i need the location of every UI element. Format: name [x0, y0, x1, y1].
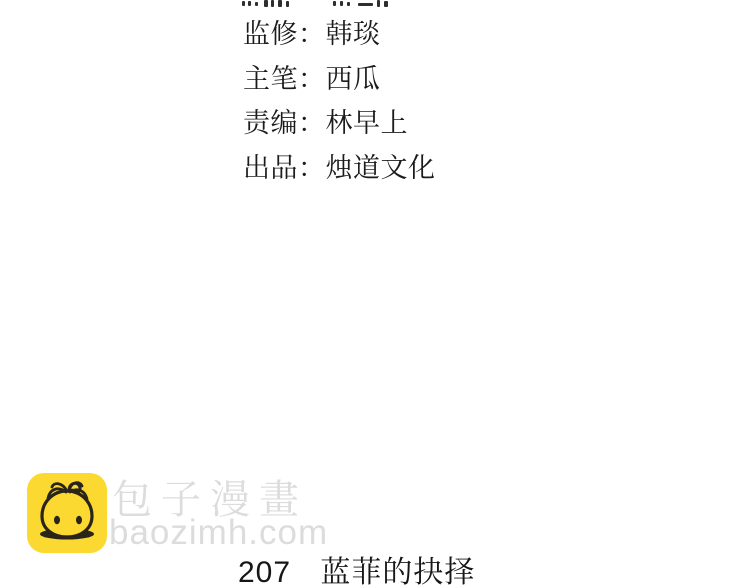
- credits-block: 监修：韩琰 主笔：西瓜 责编：林早上 出品：烛道文化: [243, 12, 436, 190]
- bun-right-eye: [76, 516, 82, 525]
- credit-line-artist: 主笔：西瓜: [243, 57, 436, 102]
- chapter-title: 207 蓝菲的抉择: [238, 556, 475, 586]
- credit-line-supervisor: 监修：韩琰: [243, 12, 436, 57]
- baozi-bun-icon: [27, 473, 107, 553]
- comic-page: 监修：韩琰 主笔：西瓜 责编：林早上 出品：烛道文化 包子漫畫 baozim: [0, 0, 750, 586]
- bun-body: [42, 491, 92, 537]
- credit-line-editor: 责编：林早上: [243, 101, 436, 146]
- credit-line-producer: 出品：烛道文化: [243, 146, 436, 191]
- brand-url: baozimh.com: [109, 514, 328, 553]
- bun-left-eye: [54, 516, 60, 525]
